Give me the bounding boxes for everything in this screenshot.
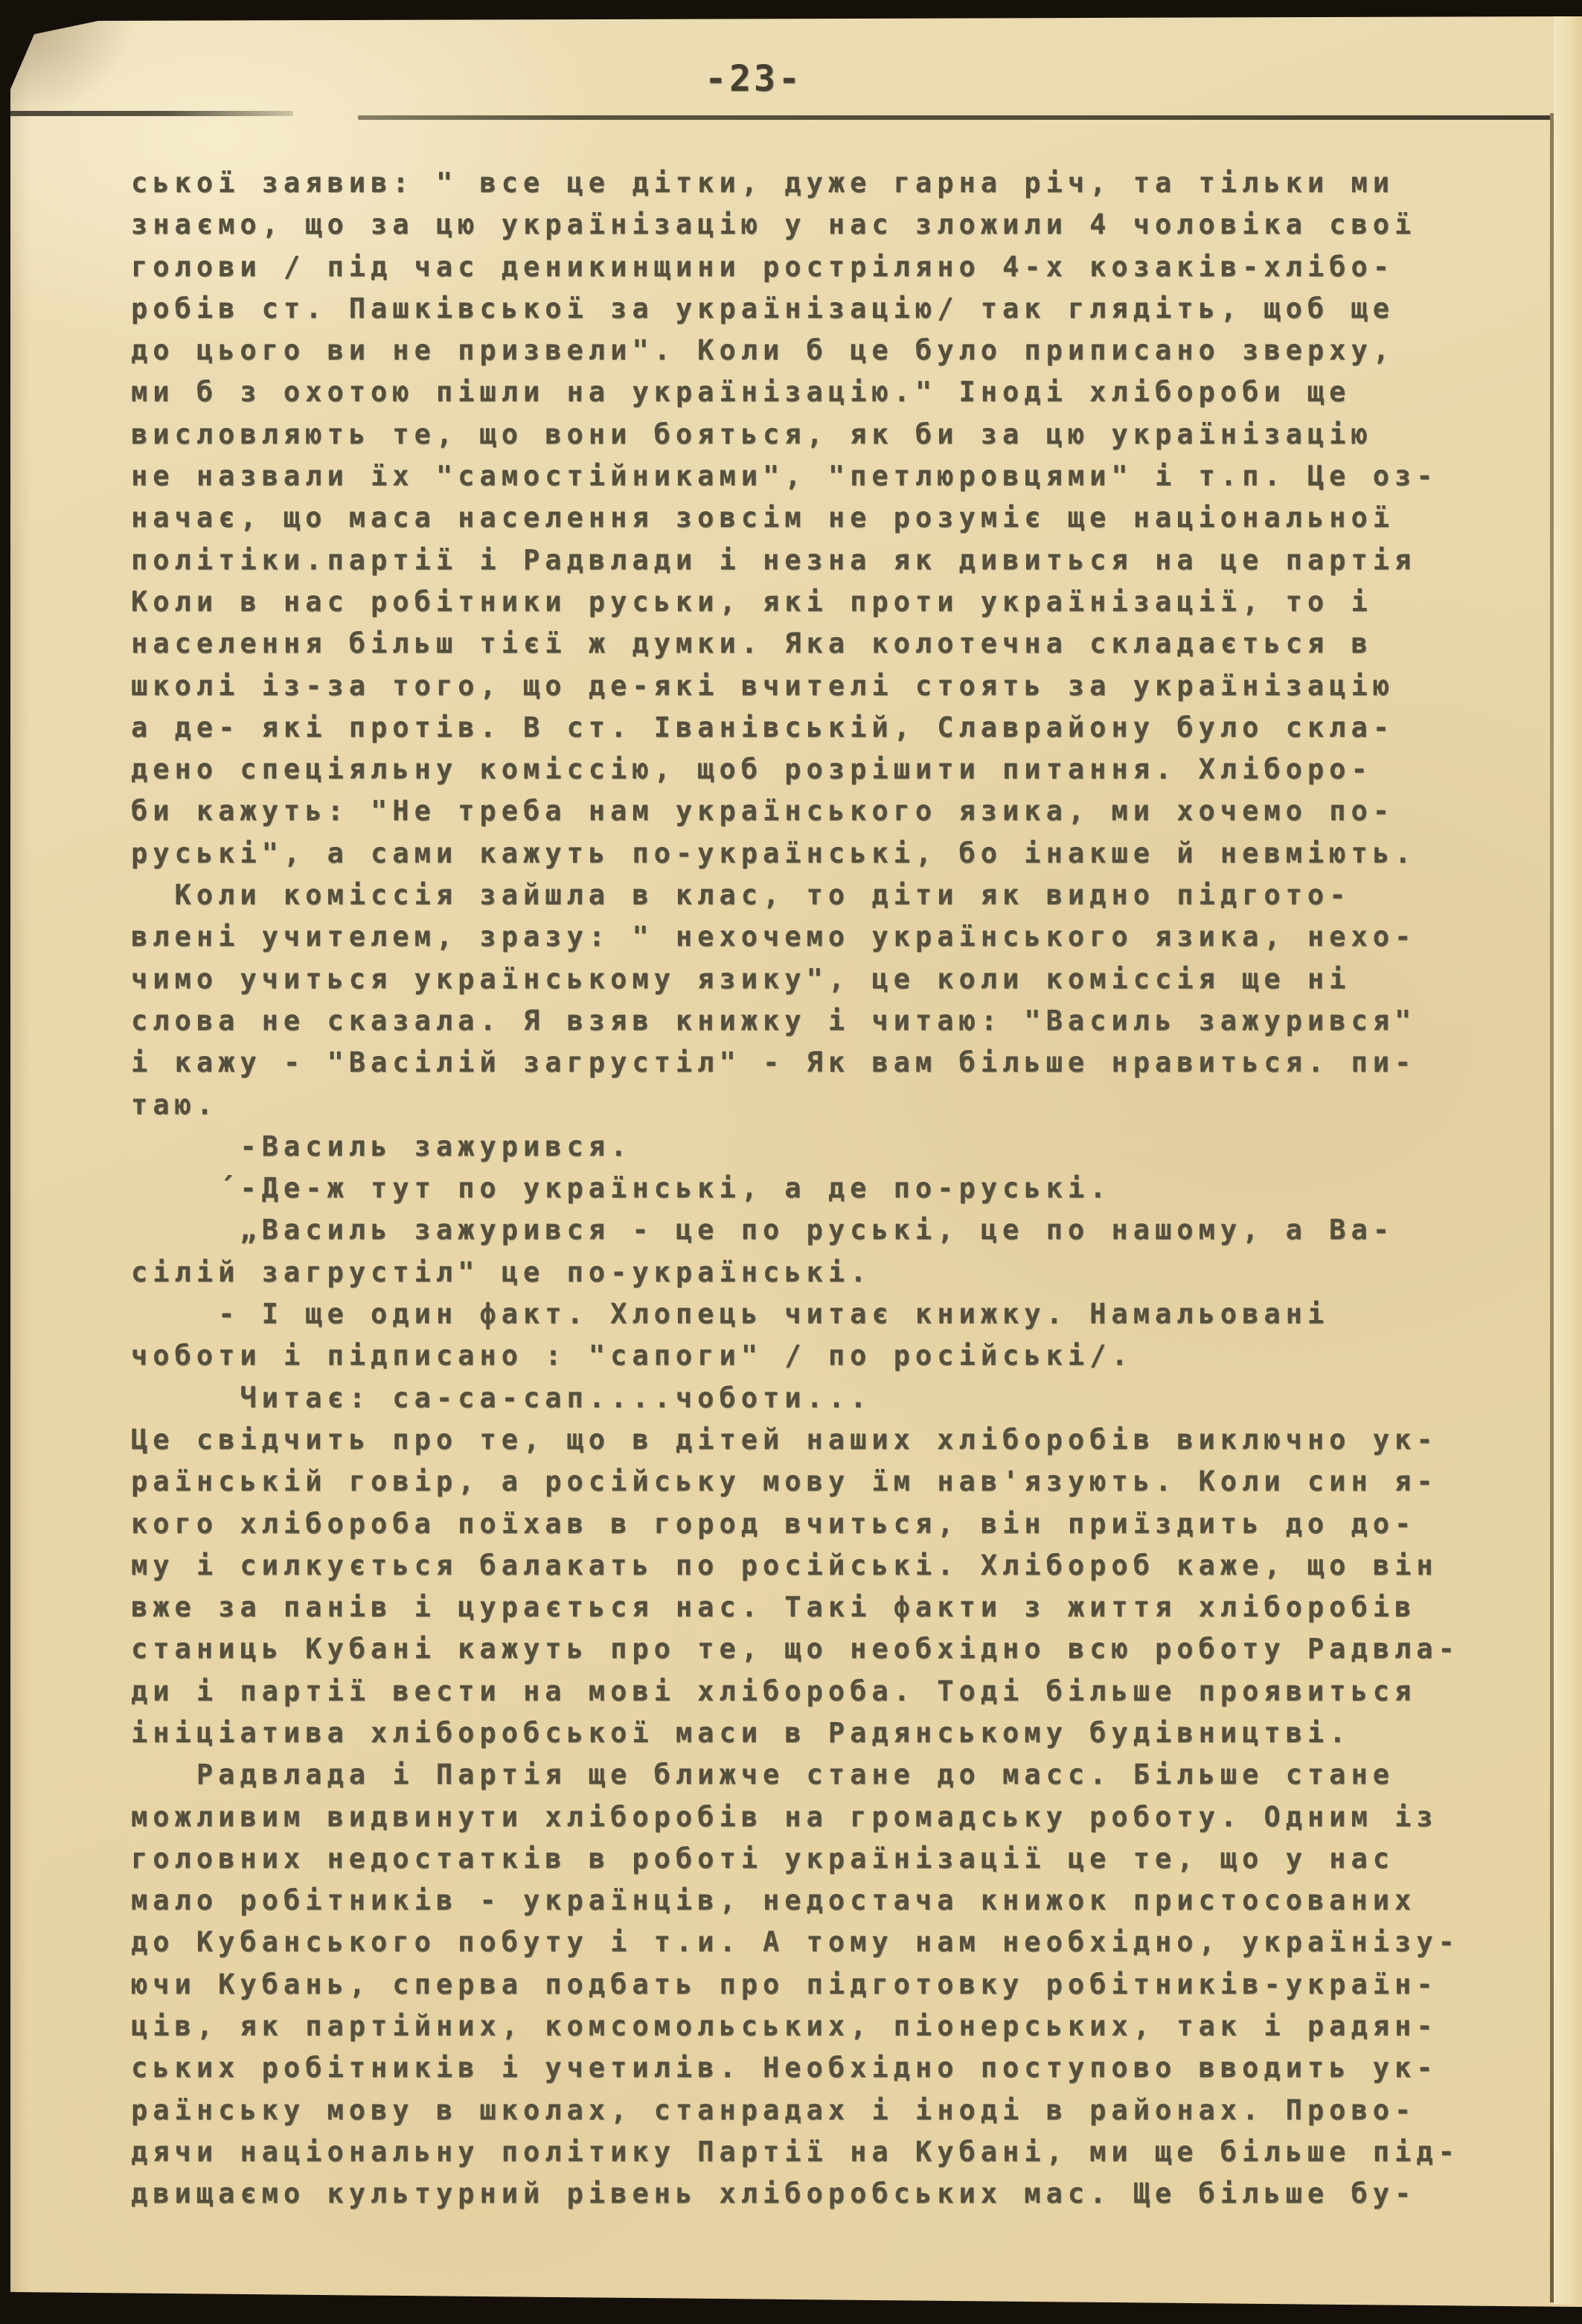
document-text: ської заявив: " все це дітки, дуже гарна… <box>131 162 1555 2215</box>
page-right-edge <box>1554 16 1582 2304</box>
text-line: ючи Кубань, сперва подбать про підготовк… <box>131 1964 1555 2006</box>
text-line: сілій загрустіл" це по-українські. <box>131 1252 1555 1293</box>
text-line: до цього ви не призвели". Коли б це було… <box>131 330 1555 371</box>
text-line: двищаємо культурний рівень хліборобських… <box>131 2173 1555 2215</box>
text-line: Коли в нас робітники руськи, які проти у… <box>131 581 1555 623</box>
text-line: Читає: са-са-сап....чоботи... <box>131 1377 1555 1419</box>
header-rule <box>358 115 1557 120</box>
document-page: -23- ської заявив: " все це дітки, дуже … <box>0 0 1582 2324</box>
text-line: станиць Кубані кажуть про те, що необхід… <box>131 1628 1555 1670</box>
text-line: раїнську мову в школах, станрадах і інод… <box>131 2090 1555 2131</box>
text-line: влені учителем, зразу: " нехочемо україн… <box>131 916 1555 958</box>
text-line: можливим видвинути хліборобів на громадс… <box>131 1796 1555 1838</box>
text-line: таю. <box>131 1084 1555 1126</box>
text-line: і кажу - "Васілій загрустіл" - Як вам бі… <box>131 1042 1555 1083</box>
text-line: дено спеціяльну коміссію, щоб розрішити … <box>131 749 1555 790</box>
text-line: раїнській говір, а російську мову їм нав… <box>131 1461 1555 1502</box>
text-line: ської заявив: " все це дітки, дуже гарна… <box>131 162 1555 204</box>
text-line: чоботи і підписано : "сапоги" / по росій… <box>131 1335 1555 1377</box>
text-line: мало робітників - українців, недостача к… <box>131 1880 1555 1921</box>
text-line: Це свідчить про те, що в дітей наших хлі… <box>131 1419 1555 1461</box>
text-line: - І ще один факт. Хлопець читає книжку. … <box>131 1293 1555 1335</box>
page-number: -23- <box>672 58 836 100</box>
text-line: -Василь зажурився. <box>131 1126 1555 1168</box>
text-line: знаємо, що за цю українізацію у нас злож… <box>131 204 1555 246</box>
text-line: му і силкується балакать по російські. Х… <box>131 1545 1555 1587</box>
text-line: би кажуть: "Не треба нам українського яз… <box>131 790 1555 832</box>
text-line: висловляють те, що вони бояться, як би з… <box>131 414 1555 455</box>
text-line: Радвлада і Партія ще ближче стане до мас… <box>131 1754 1555 1796</box>
text-line: робів ст. Пашківської за українізацію/ т… <box>131 288 1555 330</box>
text-line: начає, що маса населення зовсім не розум… <box>131 497 1555 539</box>
scan-background: -23- ської заявив: " все це дітки, дуже … <box>0 0 1582 2324</box>
text-line: вже за панів і цурається нас. Такі факти… <box>131 1587 1555 1628</box>
paper-corner-shadow <box>10 16 174 165</box>
text-line: ських робітників і учетилів. Необхідно п… <box>131 2047 1555 2089</box>
text-line: не назвали їх "самостійниками", "петлюро… <box>131 455 1555 497</box>
text-line: руські", а сами кажуть по-українські, бо… <box>131 833 1555 874</box>
text-line: ´-Де-ж тут по українські, а де по-руські… <box>131 1168 1555 1209</box>
text-line: а де- які протів. В ст. Іванівській, Сла… <box>131 707 1555 749</box>
text-line: чимо учиться українському язику", це кол… <box>131 958 1555 1000</box>
text-line: населення більш тієї ж думки. Яка колоте… <box>131 623 1555 665</box>
text-line: голови / під час деникинщини ростріляно … <box>131 246 1555 288</box>
text-line: ців, як партійних, комсомольських, піоне… <box>131 2006 1555 2047</box>
text-line: слова не сказала. Я взяв книжку і читаю:… <box>131 1000 1555 1042</box>
text-line: школі із-за того, що де-які вчителі стоя… <box>131 665 1555 707</box>
text-line: ініціатива хліборобської маси в Радянськ… <box>131 1712 1555 1754</box>
text-line: „Василь зажурився - це по руські, це по … <box>131 1209 1555 1251</box>
text-line: кого хлібороба поїхав в город вчиться, в… <box>131 1503 1555 1545</box>
text-line: політіки.партії і Радвлади і незна як ди… <box>131 540 1555 581</box>
text-line: ми б з охотою пішли на українізацію." Ін… <box>131 371 1555 413</box>
header-rule-left-segment <box>9 111 293 116</box>
text-line: дячи національну політику Партії на Куба… <box>131 2131 1555 2173</box>
text-line: до Кубанського побуту і т.и. А тому нам … <box>131 1921 1555 1963</box>
text-line: ди і партії вести на мові хлібороба. Тод… <box>131 1671 1555 1712</box>
text-line: головних недостатків в роботі українізац… <box>131 1838 1555 1880</box>
text-line: Коли коміссія зайшла в клас, то діти як … <box>131 874 1555 916</box>
